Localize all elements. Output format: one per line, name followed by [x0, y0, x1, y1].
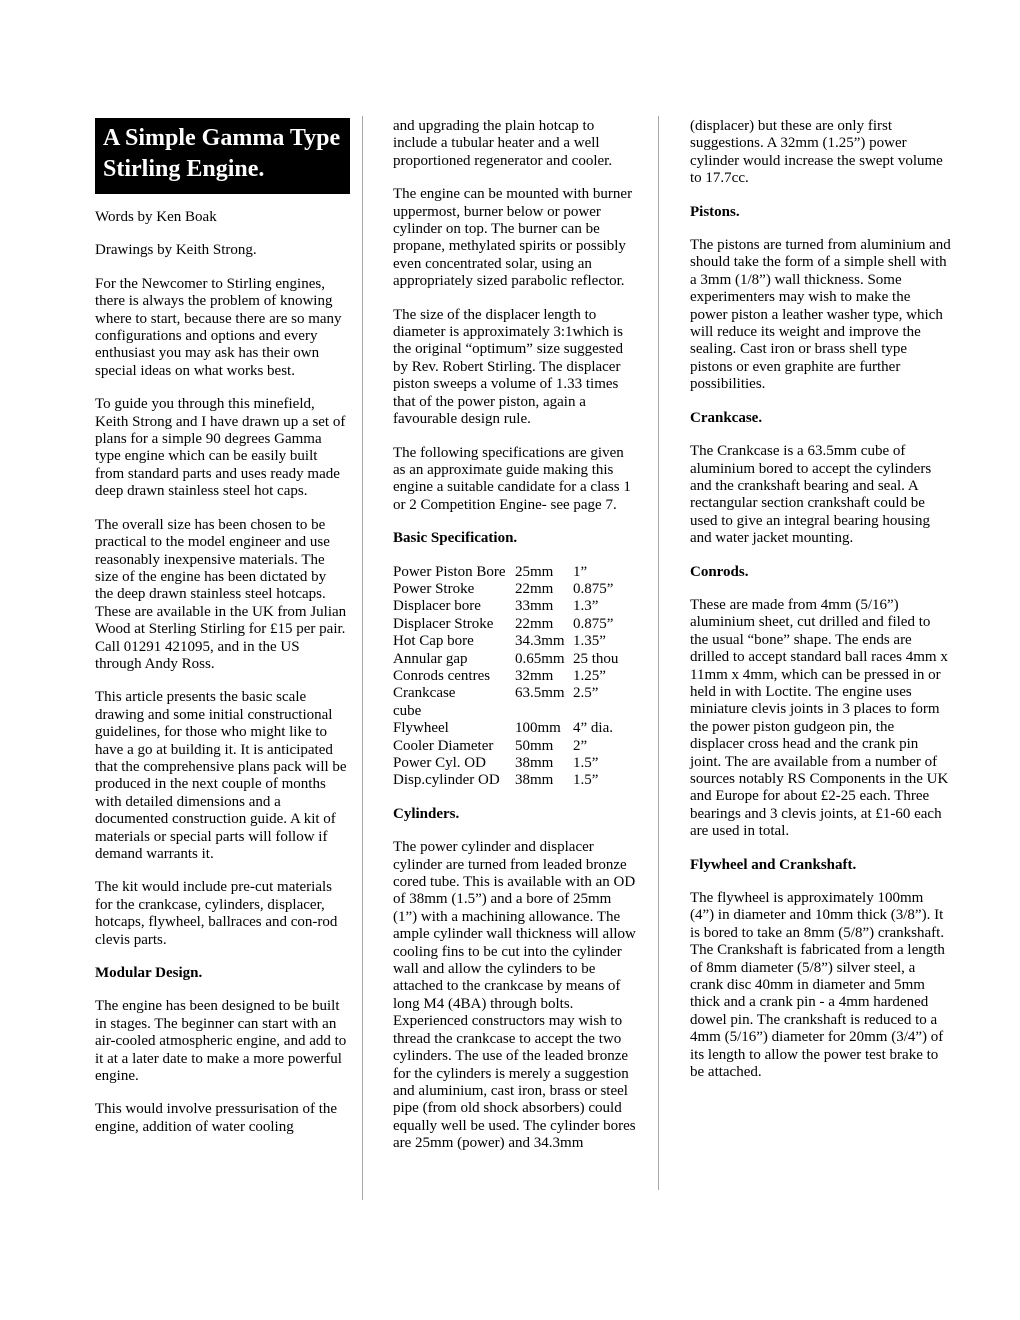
spec-label: Displacer Stroke: [393, 616, 515, 633]
heading-basic-specification: Basic Specification.: [393, 530, 639, 547]
byline-drawings: Drawings by Keith Strong.: [95, 242, 348, 259]
spec-metric-value: 22mm: [515, 581, 573, 598]
article-title: A Simple Gamma Type Stirling Engine.: [95, 118, 350, 194]
spec-metric-value: 63.5mm: [515, 685, 573, 702]
spec-row: Power Piston Bore25mm1”: [393, 564, 639, 581]
spec-label: Annular gap: [393, 651, 515, 668]
paragraph: The engine has been designed to be built…: [95, 998, 348, 1085]
article-content: A Simple Gamma Type Stirling Engine.Word…: [95, 118, 951, 1169]
column-right: (displacer) but these are only first sug…: [659, 118, 951, 1098]
spec-row: Conrods centres32mm1.25”: [393, 668, 639, 685]
spec-label: Power Piston Bore: [393, 564, 515, 581]
paragraph: These are made from 4mm (5/16”) aluminiu…: [690, 597, 951, 841]
spec-row: cube: [393, 703, 639, 720]
spec-metric-value: 34.3mm: [515, 633, 573, 650]
spec-label: Power Stroke: [393, 581, 515, 598]
paragraph: The engine can be mounted with burner up…: [393, 186, 639, 290]
spec-imperial-value: 0.875”: [573, 581, 639, 598]
paragraph: The overall size has been chosen to be p…: [95, 517, 348, 674]
spec-row: Disp.cylinder OD38mm1.5”: [393, 772, 639, 789]
spec-row: Displacer Stroke22mm0.875”: [393, 616, 639, 633]
paragraph: and upgrading the plain hotcap to includ…: [393, 118, 639, 170]
spec-metric-value: 32mm: [515, 668, 573, 685]
spec-label: Hot Cap bore: [393, 633, 515, 650]
heading-modular-design: Modular Design.: [95, 965, 348, 982]
spec-metric-value: 25mm: [515, 564, 573, 581]
heading-cylinders: Cylinders.: [393, 806, 639, 823]
paragraph: The flywheel is approximately 100mm (4”)…: [690, 890, 951, 1081]
paragraph: This would involve pressurisation of the…: [95, 1101, 348, 1136]
spec-label: Displacer bore: [393, 598, 515, 615]
spec-metric-value: [515, 703, 573, 720]
paragraph: The pistons are turned from aluminium an…: [690, 237, 951, 394]
spec-imperial-value: 1.5”: [573, 772, 639, 789]
spec-metric-value: 0.65mm: [515, 651, 573, 668]
paragraph: To guide you through this minefield, Kei…: [95, 396, 348, 500]
spec-imperial-value: 1.3”: [573, 598, 639, 615]
spec-label: cube: [393, 703, 515, 720]
spec-row: Hot Cap bore34.3mm1.35”: [393, 633, 639, 650]
spec-imperial-value: 2.5”: [573, 685, 639, 702]
paragraph: The kit would include pre-cut materials …: [95, 879, 348, 949]
spec-row: Flywheel100mm4” dia.: [393, 720, 639, 737]
paragraph: The power cylinder and displacer cylinde…: [393, 839, 639, 1152]
spec-imperial-value: 1”: [573, 564, 639, 581]
spec-label: Power Cyl. OD: [393, 755, 515, 772]
paragraph: The following specifications are given a…: [393, 445, 639, 515]
heading-crankcase: Crankcase.: [690, 410, 951, 427]
spec-metric-value: 100mm: [515, 720, 573, 737]
spec-row: Power Cyl. OD38mm1.5”: [393, 755, 639, 772]
spec-metric-value: 38mm: [515, 755, 573, 772]
heading-conrods: Conrods.: [690, 564, 951, 581]
spec-metric-value: 50mm: [515, 738, 573, 755]
paragraph: This article presents the basic scale dr…: [95, 689, 348, 863]
spec-row: Power Stroke22mm0.875”: [393, 581, 639, 598]
document-page: A Simple Gamma Type Stirling Engine.Word…: [0, 0, 1020, 1320]
spec-label: Disp.cylinder OD: [393, 772, 515, 789]
paragraph: (displacer) but these are only first sug…: [690, 118, 951, 188]
spec-row: Cooler Diameter50mm2”: [393, 738, 639, 755]
paragraph: For the Newcomer to Stirling engines, th…: [95, 276, 348, 380]
spec-label: Cooler Diameter: [393, 738, 515, 755]
spec-table: Power Piston Bore25mm1”Power Stroke22mm0…: [393, 564, 639, 790]
column-middle: and upgrading the plain hotcap to includ…: [362, 118, 659, 1169]
spec-imperial-value: 2”: [573, 738, 639, 755]
spec-imperial-value: 0.875”: [573, 616, 639, 633]
spec-metric-value: 38mm: [515, 772, 573, 789]
spec-imperial-value: 4” dia.: [573, 720, 639, 737]
spec-row: Displacer bore33mm1.3”: [393, 598, 639, 615]
spec-row: Annular gap0.65mm25 thou: [393, 651, 639, 668]
spec-metric-value: 33mm: [515, 598, 573, 615]
spec-imperial-value: [573, 703, 639, 720]
spec-imperial-value: 25 thou: [573, 651, 639, 668]
spec-imperial-value: 1.5”: [573, 755, 639, 772]
spec-metric-value: 22mm: [515, 616, 573, 633]
spec-label: Conrods centres: [393, 668, 515, 685]
column-left: A Simple Gamma Type Stirling Engine.Word…: [95, 118, 362, 1152]
paragraph: The size of the displacer length to diam…: [393, 307, 639, 429]
heading-pistons: Pistons.: [690, 204, 951, 221]
spec-label: Crankcase: [393, 685, 515, 702]
spec-imperial-value: 1.25”: [573, 668, 639, 685]
spec-imperial-value: 1.35”: [573, 633, 639, 650]
byline-words: Words by Ken Boak: [95, 209, 348, 226]
spec-row: Crankcase63.5mm2.5”: [393, 685, 639, 702]
heading-flywheel-crankshaft: Flywheel and Crankshaft.: [690, 857, 951, 874]
paragraph: The Crankcase is a 63.5mm cube of alumin…: [690, 443, 951, 547]
spec-label: Flywheel: [393, 720, 515, 737]
